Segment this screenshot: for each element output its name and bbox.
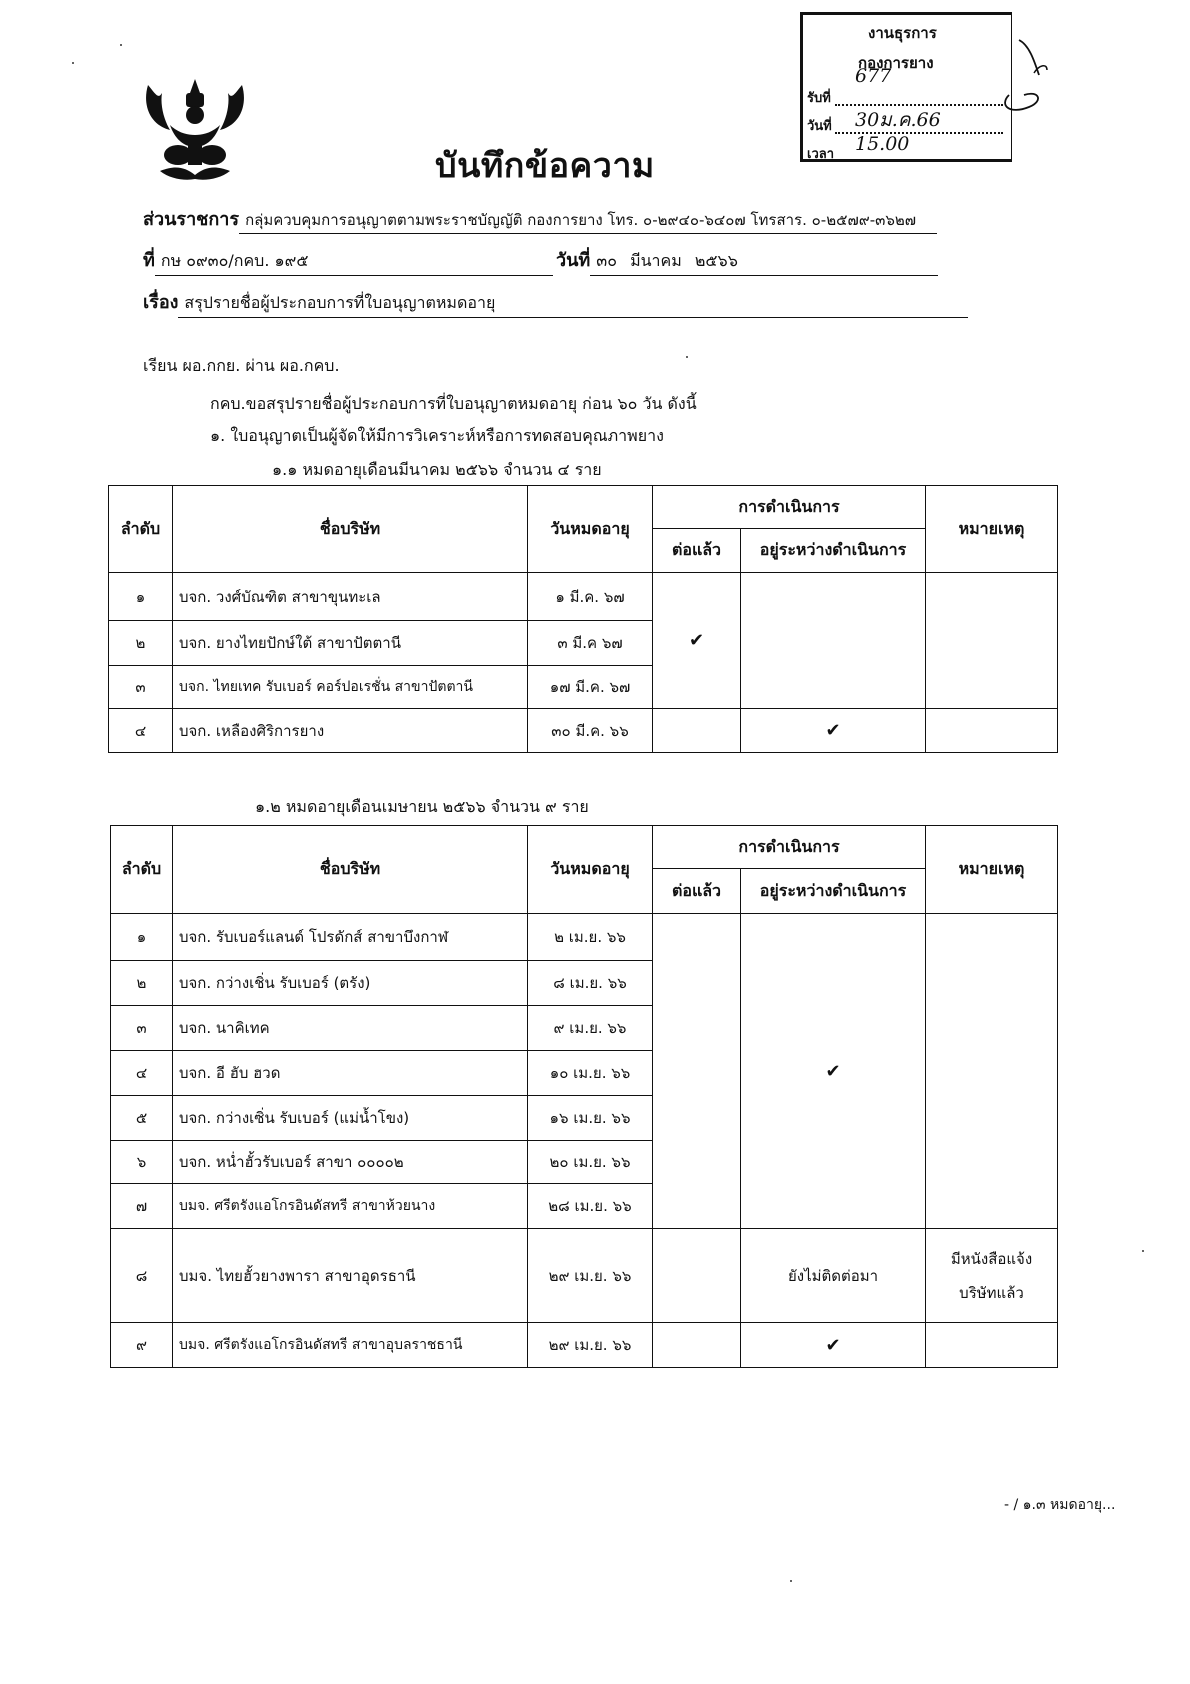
row-no: ๘ bbox=[111, 1229, 173, 1323]
row-expiry: ๒ เม.ย. ๖๖ bbox=[528, 914, 653, 961]
row-no: ๕ bbox=[111, 1096, 173, 1141]
table2-caption: ๑.๒ หมดอายุเดือนเมษายน ๒๕๖๖ จำนวน ๙ ราย bbox=[255, 795, 589, 820]
signature-scribble-icon bbox=[989, 35, 1049, 135]
row-renewed bbox=[653, 1323, 741, 1368]
stamp-time-label: เวลา bbox=[807, 147, 834, 162]
row-renewed bbox=[653, 1229, 741, 1323]
row-no: ๖ bbox=[111, 1141, 173, 1184]
col-header-in-progress: อยู่ระหว่างดำเนินการ bbox=[741, 869, 926, 914]
col-header-expiry: วันหมดอายุ bbox=[528, 486, 653, 573]
row-company: บจก. วงศ์บัณฑิต สาขาขุนทะเล bbox=[173, 573, 528, 621]
table1-caption: ๑.๑ หมดอายุเดือนมีนาคม ๒๕๖๖ จำนวน ๔ ราย bbox=[272, 458, 602, 483]
reference-label: ที่ bbox=[143, 250, 155, 271]
row-company: บจก. อี ฮับ ฮวด bbox=[173, 1051, 528, 1096]
row-expiry: ๙ เม.ย. ๖๖ bbox=[528, 1006, 653, 1051]
row-company: บจก. รับเบอร์แลนด์ โปรดักส์ สาขาบึงกาฬ bbox=[173, 914, 528, 961]
scan-speck bbox=[120, 44, 122, 46]
reference-value: กษ ๐๙๓๐/กคบ. ๑๙๕ bbox=[155, 249, 553, 276]
section-1-heading: ๑. ใบอนุญาตเป็นผู้จัดให้มีการวิเคราะห์หร… bbox=[210, 424, 664, 449]
row-renewed bbox=[653, 914, 741, 1229]
row-expiry: ๒๙ เม.ย. ๖๖ bbox=[528, 1323, 653, 1368]
scan-speck bbox=[1142, 1250, 1144, 1252]
row-expiry: ๑๗ มี.ค. ๖๗ bbox=[528, 666, 653, 709]
row-company: บจก. กว่างเชิ่น รับเบอร์ (ตรัง) bbox=[173, 961, 528, 1006]
table-april-expiry: ลำดับ ชื่อบริษัท วันหมดอายุ การดำเนินการ… bbox=[110, 825, 1058, 1368]
row-company: บมจ. ศรีตรังแอโกรอินดัสทรี สาขาห้วยนาง bbox=[173, 1184, 528, 1229]
col-header-remarks: หมายเหตุ bbox=[926, 486, 1058, 573]
row-remarks bbox=[926, 914, 1058, 1229]
row-no: ๑ bbox=[111, 914, 173, 961]
row-company: บจก. หน่ำฮั้วรับเบอร์ สาขา ๐๐๐๐๒ bbox=[173, 1141, 528, 1184]
col-header-no: ลำดับ bbox=[111, 826, 173, 914]
col-header-renewed: ต่อแล้ว bbox=[653, 529, 741, 573]
row-company: บมจ. ไทยฮั้วยางพารา สาขาอุดรธานี bbox=[173, 1229, 528, 1323]
scan-speck bbox=[790, 1580, 792, 1582]
col-header-in-progress: อยู่ระหว่างดำเนินการ bbox=[741, 529, 926, 573]
row-company: บจก. กว่างเซิ่น รับเบอร์ (แม่น้ำโขง) bbox=[173, 1096, 528, 1141]
stamp-date-label: วันที่ bbox=[807, 119, 832, 134]
scan-speck bbox=[72, 62, 74, 64]
col-header-company: ชื่อบริษัท bbox=[173, 486, 528, 573]
row-company: บจก. นาคิเทค bbox=[173, 1006, 528, 1051]
row-in-progress bbox=[741, 573, 926, 709]
row-no: ๑ bbox=[109, 573, 173, 621]
department-label: ส่วนราชการ bbox=[143, 209, 239, 230]
stamp-time-row: เวลา 15.00 bbox=[807, 143, 1007, 164]
row-expiry: ๑๖ เม.ย. ๖๖ bbox=[528, 1096, 653, 1141]
row-expiry: ๒๘ เม.ย. ๖๖ bbox=[528, 1184, 653, 1229]
col-header-action: การดำเนินการ bbox=[653, 486, 926, 529]
col-header-expiry: วันหมดอายุ bbox=[528, 826, 653, 914]
row-expiry: ๒๐ เม.ย. ๖๖ bbox=[528, 1141, 653, 1184]
row-company: บจก. ยางไทยปักษ์ใต้ สาขาปัตตานี bbox=[173, 621, 528, 666]
department-value: กลุ่มควบคุมการอนุญาตตามพระราชบัญญัติ กอง… bbox=[239, 208, 937, 234]
row-expiry: ๒๙ เม.ย. ๖๖ bbox=[528, 1229, 653, 1323]
salutation: เรียน ผอ.กกย. ผ่าน ผอ.กคบ. bbox=[143, 354, 340, 379]
table-row: ๑ บจก. รับเบอร์แลนด์ โปรดักส์ สาขาบึงกาฬ… bbox=[111, 914, 1058, 961]
in-progress-check-icon: ✔ bbox=[741, 914, 926, 1229]
row-company: บจก. ไทยเทค รับเบอร์ คอร์ปอเรชั่น สาขาปั… bbox=[173, 666, 528, 709]
row-remarks bbox=[926, 1323, 1058, 1368]
row-renewed bbox=[653, 709, 741, 753]
col-header-remarks: หมายเหตุ bbox=[926, 826, 1058, 914]
row-no: ๒ bbox=[109, 621, 173, 666]
date-field: วันที่๓๐ มีนาคม ๒๕๖๖ bbox=[556, 245, 938, 276]
row-no: ๔ bbox=[109, 709, 173, 753]
table-row: ๑ บจก. วงศ์บัณฑิต สาขาขุนทะเล ๑ มี.ค. ๖๗… bbox=[109, 573, 1058, 621]
document-title: บันทึกข้อความ bbox=[435, 138, 655, 192]
subject-value: สรุปรายชื่อผู้ประกอบการที่ใบอนุญาตหมดอาย… bbox=[178, 291, 968, 318]
row-no: ๙ bbox=[111, 1323, 173, 1368]
row-company: บจก. เหลืองศิริการยาง bbox=[173, 709, 528, 753]
subject-field: เรื่องสรุปรายชื่อผู้ประกอบการที่ใบอนุญาต… bbox=[143, 287, 968, 318]
row-expiry: ๑ มี.ค. ๖๗ bbox=[528, 573, 653, 621]
col-header-company: ชื่อบริษัท bbox=[173, 826, 528, 914]
row-remarks bbox=[926, 709, 1058, 753]
in-progress-check-icon: ✔ bbox=[741, 709, 926, 753]
row-no: ๔ bbox=[111, 1051, 173, 1096]
row-no: ๒ bbox=[111, 961, 173, 1006]
row-company: บมจ. ศรีตรังแอโกรอินดัสทรี สาขาอุบลราชธา… bbox=[173, 1323, 528, 1368]
stamp-received-label: รับที่ bbox=[807, 91, 831, 106]
renewed-check-icon: ✔ bbox=[653, 573, 741, 709]
continuation-note: - / ๑.๓ หมดอายุ... bbox=[1004, 1494, 1115, 1516]
table-march-expiry: ลำดับ ชื่อบริษัท วันหมดอายุ การดำเนินการ… bbox=[108, 485, 1058, 753]
row-no: ๗ bbox=[111, 1184, 173, 1229]
intro-paragraph: กคบ.ขอสรุปรายชื่อผู้ประกอบการที่ใบอนุญาต… bbox=[210, 392, 697, 417]
row-expiry: ๓ มี.ค ๖๗ bbox=[528, 621, 653, 666]
table-row: ๙ บมจ. ศรีตรังแอโกรอินดัสทรี สาขาอุบลราช… bbox=[111, 1323, 1058, 1368]
department-field: ส่วนราชการกลุ่มควบคุมการอนุญาตตามพระราชบ… bbox=[143, 204, 937, 234]
table-row: ๘ บมจ. ไทยฮั้วยางพารา สาขาอุดรธานี ๒๙ เม… bbox=[111, 1229, 1058, 1323]
stamp-date: 30ม.ค.66 bbox=[855, 105, 941, 135]
scan-speck bbox=[686, 356, 688, 358]
col-header-renewed: ต่อแล้ว bbox=[653, 869, 741, 914]
row-remarks: มีหนังสือแจ้ง บริษัทแล้ว bbox=[926, 1229, 1058, 1323]
table-row: ๔ บจก. เหลืองศิริการยาง ๓๐ มี.ค. ๖๖ ✔ bbox=[109, 709, 1058, 753]
row-expiry: ๘ เม.ย. ๖๖ bbox=[528, 961, 653, 1006]
date-label: วันที่ bbox=[556, 250, 590, 271]
row-no: ๓ bbox=[109, 666, 173, 709]
stamp-office-line1: งานธุรการ bbox=[868, 21, 937, 45]
col-header-action: การดำเนินการ bbox=[653, 826, 926, 869]
date-value: ๓๐ มีนาคม ๒๕๖๖ bbox=[590, 249, 938, 276]
row-remarks bbox=[926, 573, 1058, 709]
row-in-progress-status: ยังไม่ติดต่อมา bbox=[741, 1229, 926, 1323]
row-expiry: ๓๐ มี.ค. ๖๖ bbox=[528, 709, 653, 753]
reception-stamp: งานธุรการ กองการยาง รับที่ 677 วันที่ 30… bbox=[800, 12, 1012, 162]
col-header-no: ลำดับ bbox=[109, 486, 173, 573]
in-progress-check-icon: ✔ bbox=[741, 1323, 926, 1368]
reference-field: ที่กษ ๐๙๓๐/กคบ. ๑๙๕ bbox=[143, 245, 553, 276]
subject-label: เรื่อง bbox=[143, 292, 178, 313]
row-expiry: ๑๐ เม.ย. ๖๖ bbox=[528, 1051, 653, 1096]
garuda-emblem-icon bbox=[140, 75, 250, 185]
stamp-received-no: 677 bbox=[855, 65, 891, 87]
stamp-time: 15.00 bbox=[855, 133, 909, 155]
row-no: ๓ bbox=[111, 1006, 173, 1051]
